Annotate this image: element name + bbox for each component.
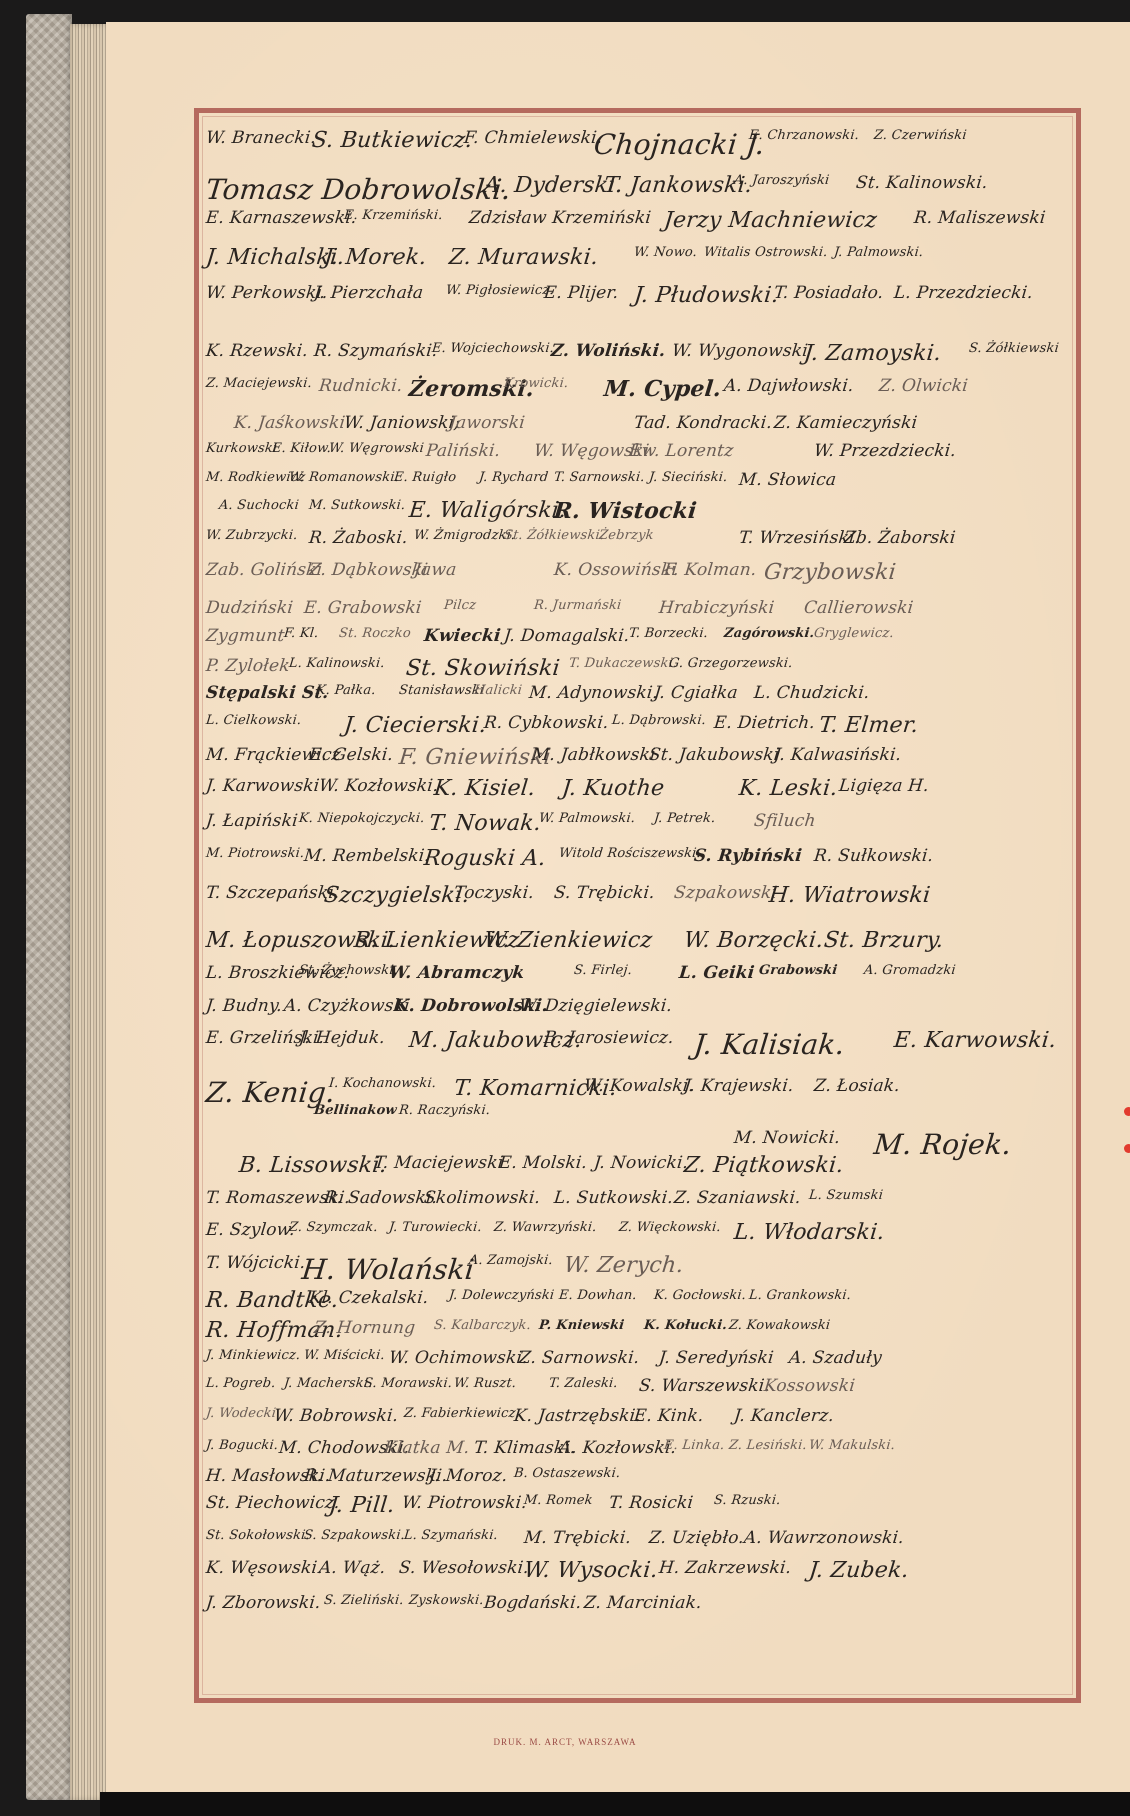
signature: W. Makulski. xyxy=(808,1438,896,1453)
signature: R. Szymański. xyxy=(313,341,439,361)
signature: T. Rosicki xyxy=(608,1493,694,1513)
signature: W. Palmowski. xyxy=(538,811,636,826)
signature-row: W. Branecki.S. Butkiewicz.F. Chmielewski… xyxy=(194,128,1081,164)
signature: K. Niepokojczycki. xyxy=(298,811,425,826)
signature-row: E. Grzeliński.J. Hejduk.M. Jakubowicz.B.… xyxy=(194,1028,1081,1064)
signature: Klatka M. xyxy=(383,1438,471,1458)
signature: W. Janiowski; xyxy=(343,413,461,433)
signature: E. Grabowski xyxy=(303,598,423,618)
signature: W. Wysocki. xyxy=(523,1558,659,1583)
signature: W. Branecki. xyxy=(205,128,317,148)
signature: M. Sutkowski. xyxy=(308,498,406,513)
signature: W. Pigłosiewicz. xyxy=(445,283,554,298)
signature: Rudnicki. xyxy=(318,376,404,396)
signature: Szczygielski. xyxy=(323,883,471,908)
signature: W. Abramczyk xyxy=(388,963,525,983)
signature-row: M. Łopuszowski.R. LienkiewiczW. Zienkiew… xyxy=(194,928,1081,964)
signature: R. Wistocki xyxy=(553,498,698,524)
signature: T. Zaleski. xyxy=(548,1376,618,1391)
signature: M. Piotrowski. xyxy=(205,846,305,861)
signature: T. Nowak. xyxy=(428,811,543,836)
signature: Kwiecki xyxy=(423,626,502,646)
signature: L. Sutkowski. xyxy=(553,1188,674,1208)
signature-row: B. Lissowski.T. MaciejewskiE. Molski.J. … xyxy=(194,1153,1081,1189)
signature: Bellinakow xyxy=(313,1103,397,1118)
signature: Jawa xyxy=(413,560,458,580)
signature: Tomasz Dobrowolski. xyxy=(204,173,512,206)
signature-row: J. ŁapińskiK. Niepokojczycki.T. Nowak.W.… xyxy=(194,811,1081,847)
signature: K. Jastrzębski. xyxy=(513,1406,642,1426)
signature: J. Krajewski. xyxy=(683,1076,795,1096)
signature: St. Żółkiewski. xyxy=(503,528,605,543)
signature: Szpakowski xyxy=(673,883,778,903)
signature: M. Adynowski. xyxy=(528,683,659,703)
signature: E. Ruigło xyxy=(393,470,457,485)
signature: J. Sieciński. xyxy=(648,470,728,485)
signature: S. Zieliński. xyxy=(323,1593,404,1608)
signature: Zdzisław Krzemiński xyxy=(468,208,652,228)
signature: J. Turowiecki. xyxy=(388,1220,482,1235)
signature: K. Ossowiński xyxy=(553,560,678,580)
signature: J. Hejduk. xyxy=(298,1028,386,1048)
signature: E. Kiłow. xyxy=(271,441,332,456)
signature: R. Raczyński. xyxy=(398,1103,491,1118)
signature: St. Żychowski. xyxy=(298,963,399,978)
signature: E. Plijer. xyxy=(543,283,620,303)
signature: K. Kołucki. xyxy=(643,1318,728,1333)
signature: Bogdański. xyxy=(483,1593,583,1613)
signature: L. Włodarski. xyxy=(733,1220,886,1245)
signature: T. Elmer. xyxy=(818,713,920,738)
signature: Gryglewicz. xyxy=(813,626,894,641)
signature: W. Nowo. xyxy=(633,245,698,260)
signature: M. Rembelski. xyxy=(303,846,431,866)
signature: A. Jaroszyński xyxy=(733,173,830,188)
signature: Z. Kamieczyński xyxy=(773,413,918,433)
signature: T. Dukaczewski. xyxy=(568,656,678,671)
signature: St. Roczko xyxy=(338,626,411,641)
signature: W. Wygonowski xyxy=(671,341,809,361)
signature: J. Budny. xyxy=(205,996,283,1016)
signature: Z. Maciejewski. xyxy=(205,376,313,391)
signature: Chojnacki J. xyxy=(592,128,766,161)
signature: A. Wawrzonowski. xyxy=(743,1528,905,1548)
signature: W. Zerych. xyxy=(563,1253,685,1278)
signature: Hrabiczyński xyxy=(658,598,775,618)
signature: W. Kowalski. xyxy=(583,1076,695,1096)
signature: Z. Czerwiński xyxy=(873,128,967,143)
signature: A. Suchocki xyxy=(218,498,300,513)
signature-row: Zab. GolińskiZ. DąbkowskiJawaK. Ossowińs… xyxy=(194,560,1081,596)
signature: Pilcz xyxy=(443,598,477,613)
signature: L. Pogreb. xyxy=(205,1376,276,1391)
signature: L. Szymański. xyxy=(403,1528,498,1543)
signature: R. Cybkowski. xyxy=(483,713,610,733)
signature: Paliński. xyxy=(425,441,501,461)
signature: Zyskowski. xyxy=(408,1593,484,1608)
signature: Kl. Czekalski. xyxy=(308,1288,430,1308)
signature: J. Dolewczyński xyxy=(448,1288,555,1303)
signature-row: Tomasz Dobrowolski.A. Dyderski.T. Jankow… xyxy=(194,173,1081,209)
signature: S. Warszewski. xyxy=(638,1376,771,1396)
signature-row: J. KarwowskiW. Kozłowski.K. Kisiel.J. Ku… xyxy=(194,776,1081,812)
signature: Grzybowski xyxy=(763,560,898,585)
signature: J. Macherski. xyxy=(283,1376,373,1391)
signature: W. Dzięgielewski. xyxy=(518,996,673,1016)
signature: E. Karwowski. xyxy=(893,1028,1058,1053)
signature: Z. Dąbkowski xyxy=(308,560,429,580)
signature: Callierowski xyxy=(803,598,914,618)
signature: S. Butkiewicz. xyxy=(311,128,474,153)
signature: W. Borzęcki. xyxy=(683,928,825,953)
signature: R. Żaboski. xyxy=(308,528,409,548)
signature: Dudziński xyxy=(205,598,294,618)
signature: A. Gromadzki xyxy=(863,963,956,978)
signature: W. Przezdziecki. xyxy=(813,441,957,461)
signature: L. Szumski xyxy=(808,1188,884,1203)
signature: F. Chmielewski. xyxy=(463,128,604,148)
signature: St. Jakubowski xyxy=(648,745,781,765)
signature: Z. Piątkowski. xyxy=(683,1153,845,1178)
signature: Z. Marciniak. xyxy=(583,1593,703,1613)
signature-row: J. Budny.A. Czyżkowski.K. Dobrowolski.W.… xyxy=(194,996,1081,1032)
signature: S. Firlej. xyxy=(573,963,633,978)
signature: J. Kalisiak. xyxy=(692,1028,846,1061)
signature: K. Leski. xyxy=(738,776,839,801)
signature: W. Węgrowski xyxy=(328,441,425,456)
signature: E. Waligórski. xyxy=(408,498,568,523)
signature-row: E. Szylow.Z. Szymczak.J. Turowiecki.Z. W… xyxy=(194,1220,1081,1256)
signature: E. Chrzanowski. xyxy=(748,128,860,143)
signature: J. Łapiński xyxy=(205,811,299,831)
signature-row: M. Piotrowski.M. Rembelski.Roguski A.Wit… xyxy=(194,846,1081,882)
signature: F. Gniewiński xyxy=(398,745,553,770)
signature-row: E. Karnaszewski.E. Krzemiński.Zdzisław K… xyxy=(194,208,1081,244)
signature: R. Sułkowski. xyxy=(813,846,934,866)
signature: W. Zienkiewicz xyxy=(483,928,654,953)
signature-row: J. Michalski.J. Morek.Z. Murawski.W. Now… xyxy=(194,245,1081,281)
signature: Tad. Kondracki. xyxy=(633,413,773,433)
signature: R. Maturzewski. xyxy=(303,1466,449,1486)
signature: S. Żółkiewski xyxy=(968,341,1060,356)
signature: J. Seredyński xyxy=(658,1348,775,1368)
signature: W. Ochimowski. xyxy=(388,1348,529,1368)
signature-row: St. Piechowicz.J. Pill.W. Piotrowski.M. … xyxy=(194,1493,1081,1529)
signature: K. Gocłowski. xyxy=(653,1288,747,1303)
signature: T. Borzecki. xyxy=(628,626,709,641)
signature: Zab. Goliński xyxy=(205,560,323,580)
signature: F. Kl. xyxy=(283,626,319,641)
signature: K. Jaśkowski xyxy=(233,413,346,433)
signature: J. Domagalski. xyxy=(503,626,631,646)
signature: Z. Lesiński. xyxy=(728,1438,807,1453)
signature-list: W. Branecki.S. Butkiewicz.F. Chmielewski… xyxy=(194,108,1081,1703)
signature: A. Szaduły xyxy=(788,1348,883,1368)
signature-row: W. Perkowski.J. PierzchałaW. Pigłosiewic… xyxy=(194,283,1081,319)
signature-row: W. Zubrzycki.R. Żaboski.W. Żmigrodzki.St… xyxy=(194,528,1081,564)
signature-row: K. Rzewski.R. Szymański.E. Wojciechowski… xyxy=(194,341,1081,377)
table-surface xyxy=(100,1792,1130,1816)
signature: St. Piechowicz. xyxy=(205,1493,341,1513)
signature: Żebrzyk xyxy=(598,528,654,543)
signature: J. Płudowski. xyxy=(633,283,780,308)
signature: H. Wiatrowski xyxy=(768,883,932,908)
signature-row: T. Wójcicki.H. WolańskiA. Zamojski.W. Ze… xyxy=(194,1253,1081,1289)
signature: J. Minkiewicz. xyxy=(205,1348,301,1363)
signature: Z. Sarnowski. xyxy=(518,1348,641,1368)
signature: B. Ostaszewski. xyxy=(513,1466,621,1481)
signature: Skolimowski. xyxy=(423,1188,541,1208)
signature: J. Nowicki. xyxy=(593,1153,689,1173)
signature-row: L. Cielkowski.J. Ciecierski.R. Cybkowski… xyxy=(194,713,1081,749)
signature: J. Zborowski. xyxy=(205,1593,322,1613)
signature: Zygmunt xyxy=(205,626,286,646)
signature: E. Wojciechowski. xyxy=(431,341,555,356)
signature: K. Rzewski. xyxy=(205,341,309,361)
signature: St. Brzury. xyxy=(823,928,945,953)
signature: Z. Olwicki xyxy=(878,376,969,396)
signature: St. Kalinowski. xyxy=(855,173,989,193)
signature: M. Cypel. xyxy=(603,376,723,402)
signature: Stępalski St. xyxy=(205,683,330,703)
signature: R. Jurmański xyxy=(533,598,622,613)
signature: Z. Łosiak. xyxy=(813,1076,901,1096)
page-edges xyxy=(70,24,108,1800)
signature: M. Nowicki. xyxy=(733,1128,841,1148)
signature: I. Kochanowski. xyxy=(328,1076,437,1091)
signature: E. Gelski. xyxy=(308,745,394,765)
signature: S. Rzuski. xyxy=(713,1493,781,1508)
signature: E. Szylow. xyxy=(205,1220,296,1240)
signature: J. Pill. xyxy=(328,1493,396,1518)
signature: E. Dietrich. xyxy=(713,713,816,733)
red-margin-mark xyxy=(1124,1107,1130,1116)
signature: W. Żmigrodzki. xyxy=(413,528,516,543)
signature: W. Ruszt. xyxy=(453,1376,517,1391)
signature: E. Linka. xyxy=(663,1438,725,1453)
signature: E. Kink. xyxy=(633,1406,705,1426)
signature: M. Jabłkowski xyxy=(531,745,657,765)
signature: Z. Murawski. xyxy=(448,245,600,270)
signature: W. Romanowski. xyxy=(288,470,400,485)
signature: S. Morawski. xyxy=(363,1376,453,1391)
signature: W. Kozłowski. xyxy=(318,776,440,796)
signature: J. Zamoyski. xyxy=(803,341,943,366)
signature: Ew. Lorentz xyxy=(628,441,735,461)
signature: Halicki xyxy=(473,683,523,698)
signature: J. Palmowski. xyxy=(833,245,924,260)
signature: Zb. Żaborski xyxy=(843,528,957,548)
printer-imprint: DRUK. M. ARCT, WARSZAWA xyxy=(0,1737,1130,1747)
signature: T. Wójcicki. xyxy=(205,1253,307,1273)
signature: J. Pierzchała xyxy=(313,283,424,303)
signature: G. Grzegorzewski. xyxy=(668,656,793,671)
signature-row: J. WodeckiW. Bobrowski.Z. Fabierkiewicz.… xyxy=(194,1406,1081,1442)
signature: T. Posiadało. xyxy=(773,283,885,303)
signature: J. Kanclerz. xyxy=(733,1406,835,1426)
signature: Witold Rościszewski. xyxy=(558,846,701,861)
signature: J. Moroz. xyxy=(428,1466,509,1486)
signature: J. Petrek. xyxy=(653,811,716,826)
signature: A. Zamojski. xyxy=(468,1253,553,1268)
signature: L. Kalinowski. xyxy=(288,656,385,671)
signature: L. Przezdziecki. xyxy=(893,283,1034,303)
signature: J. Kalwasiński. xyxy=(773,745,902,765)
signature: E. Dowhan. xyxy=(558,1288,637,1303)
signature: H. Zakrzewski. xyxy=(658,1558,792,1578)
signature: Roguski A. xyxy=(423,846,547,871)
signature: S. Kalbarczyk. xyxy=(433,1318,531,1333)
signature: Z. Fabierkiewicz. xyxy=(403,1406,521,1421)
signature: Ligięza H. xyxy=(838,776,930,796)
signature: Sfiluch xyxy=(753,811,817,831)
signature: P. Zylołek xyxy=(205,656,291,676)
signature: St. Skowiński xyxy=(405,656,561,681)
signature: S. Szpakowski. xyxy=(303,1528,406,1543)
signature: E. Karnaszewski. xyxy=(205,208,358,228)
signature: L. Grankowski. xyxy=(748,1288,852,1303)
signature: J. Kuothe xyxy=(561,776,666,801)
signature: Z. Woliński. xyxy=(550,341,667,361)
signature: M. Słowica xyxy=(738,470,837,490)
signature: Z. Wawrzyński. xyxy=(493,1220,597,1235)
signature: J. Zubek. xyxy=(808,1558,910,1583)
signature: Krowicki. xyxy=(503,376,569,391)
signature: Z. Uziębło. xyxy=(648,1528,745,1548)
signature: S. Trębicki. xyxy=(553,883,656,903)
signature: F. Kolman. xyxy=(663,560,758,580)
red-margin-mark xyxy=(1124,1144,1130,1153)
signature-row: Z. Maciejewski.Rudnicki.Żeromski.Krowick… xyxy=(194,376,1081,412)
signature: H. Wolański xyxy=(300,1253,476,1286)
signature-row: K. Węsowski.A. Wąż.S. Wesołowski.W. Wyso… xyxy=(194,1558,1081,1594)
signature: M. Trębicki. xyxy=(523,1528,632,1548)
signature: L. Geiki xyxy=(678,963,756,983)
signature: A. Dajwłowski. xyxy=(723,376,855,396)
signature-row: J. Zborowski.S. Zieliński.Zyskowski.Bogd… xyxy=(194,1593,1081,1629)
signature: Z. Kowakowski xyxy=(728,1318,831,1333)
signature: J. Karwowski xyxy=(205,776,321,796)
signature: S. Rybiński xyxy=(693,846,803,866)
signature: W. Zubrzycki. xyxy=(205,528,298,543)
signature: R. Maliszewski xyxy=(913,208,1047,228)
signature: R. Sadowski. xyxy=(323,1188,438,1208)
signature: B. Jarosiewicz. xyxy=(543,1028,675,1048)
signature-row: L. Broszkiewicz.St. Żychowski.W. Abramcz… xyxy=(194,963,1081,999)
signature: Z. Szymczak. xyxy=(288,1220,378,1235)
signature: S. Wesołowski. xyxy=(398,1558,530,1578)
signature: Grabowski xyxy=(758,963,838,978)
signature: Jerzy Machniewicz xyxy=(663,208,879,233)
signature: Kurkowski xyxy=(205,441,278,456)
signature: W. Piotrowski. xyxy=(401,1493,528,1513)
signature: St. Sokołowski. xyxy=(205,1528,310,1543)
signature: A. Wąż. xyxy=(318,1558,387,1578)
signature: Zagórowski. xyxy=(723,626,815,641)
signature-row: T. Romaszewski.R. Sadowski.Skolimowski.L… xyxy=(194,1188,1081,1224)
signature: Stanisławski xyxy=(398,683,485,698)
signature: T. Sarnowski. xyxy=(553,470,645,485)
signature: P. Kniewski xyxy=(538,1318,625,1333)
signature: J. Wodecki xyxy=(205,1406,277,1421)
signature: Jaworski xyxy=(448,413,526,433)
signature: T. Szczepański. xyxy=(205,883,341,903)
signature-row: T. Szczepański.Szczygielski.Toczyski.S. … xyxy=(194,883,1081,919)
signature: W. Miścicki. xyxy=(303,1348,385,1363)
signature: Witalis Ostrowski. xyxy=(703,245,828,260)
signature: J. Ciecierski. xyxy=(343,713,488,738)
signature: M. Romek xyxy=(523,1493,593,1508)
signature: B. Lissowski. xyxy=(238,1153,388,1178)
signature: J. Bogucki. xyxy=(205,1438,279,1453)
signature: Z. Więckowski. xyxy=(618,1220,721,1235)
signature: J. Morek. xyxy=(323,245,428,270)
signature: K. Pałka. xyxy=(315,683,376,698)
signature: E. Molski. xyxy=(498,1153,588,1173)
signature: T. Jankowski. xyxy=(603,173,754,198)
signature: L. Dąbrowski. xyxy=(611,713,707,728)
signature: A. Kozłowski. xyxy=(558,1438,677,1458)
signature: K. Kisiel. xyxy=(433,776,537,801)
signature: Z. Szaniawski. xyxy=(673,1188,802,1208)
signature: K. Węsowski. xyxy=(205,1558,324,1578)
signature: L. Chudzicki. xyxy=(753,683,871,703)
book-spine xyxy=(26,14,72,1800)
signature: Kossowski xyxy=(763,1376,856,1396)
signature: E. Krzemiński. xyxy=(343,208,443,223)
signature: Toczyski. xyxy=(453,883,535,903)
signature: W. Perkowski. xyxy=(205,283,329,303)
signature: L. Cielkowski. xyxy=(205,713,302,728)
signature: J. Rychard xyxy=(478,470,549,485)
signature: W. Bobrowski. xyxy=(273,1406,399,1426)
signature: J. Cgiałka xyxy=(653,683,739,703)
signature: Z. Hornung xyxy=(313,1318,416,1338)
signature: T. Maciejewski xyxy=(373,1153,504,1173)
